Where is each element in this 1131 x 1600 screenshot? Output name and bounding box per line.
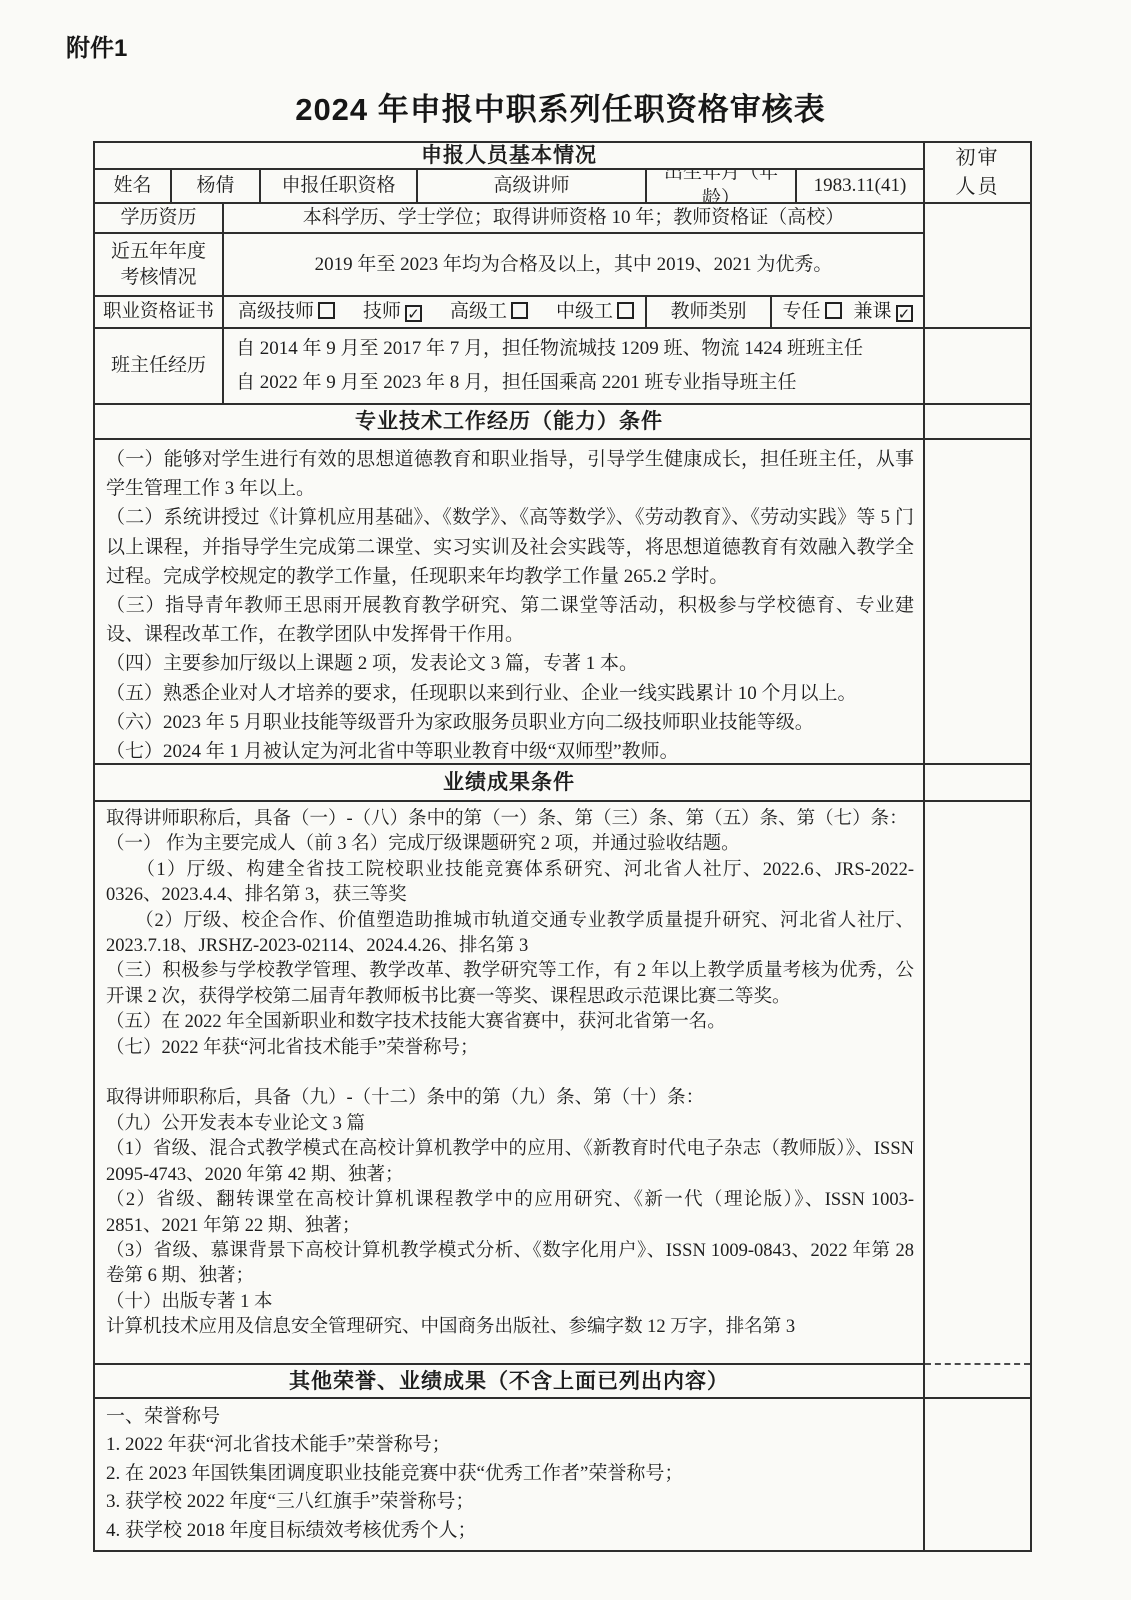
paragraph-line: 自 2022 年 9 月至 2023 年 8 月，担任国乘高 2201 班专业指… [236, 366, 911, 400]
paragraph-line: 3. 获学校 2022 年度“三八红旗手”荣誉称号； [106, 1488, 914, 1516]
attachment-label: 附件1 [66, 28, 127, 63]
checkbox-option: 高级技师 [238, 299, 335, 325]
scanned-form-page: { "colors":{"paper":"#fafaf7","ink":"#1d… [0, 0, 1131, 1600]
paragraph-line: （九）公开发表本专业论文 3 篇 [106, 1112, 914, 1137]
checkbox-unchecked-icon [825, 302, 842, 319]
paragraph-line: 取得讲师职称后，具备（一）-（八）条中的第（一）条、第（三）条、第（五）条、第（… [106, 807, 914, 832]
paragraph-line: （五）在 2022 年全国新职业和数字技术技能大赛省赛中，获河北省第一名。 [106, 1010, 914, 1035]
checkbox-option: 兼课✓ [854, 299, 913, 325]
education-label: 学历资历 [95, 204, 224, 234]
certificate-label: 职业资格证书 [95, 297, 224, 329]
checkbox-option: 技师✓ [363, 299, 422, 325]
paragraph-line: 2. 在 2023 年国铁集团调度职业技能竞赛中获“优秀工作者”荣誉称号； [106, 1460, 914, 1488]
professional-content: （一）能够对学生进行有效的思想道德教育和职业指导，引导学生健康成长，担任班主任，… [95, 440, 925, 765]
checkbox-option: 中级工 [556, 299, 634, 325]
qualification-review-table: 申报人员基本情况 初审 人员 姓名 杨倩 申报任职资格 高级讲师 出生年月（年龄… [93, 141, 1032, 1552]
reviewer-cell-homeroom [925, 329, 1030, 405]
name-label: 姓名 [95, 170, 172, 204]
paragraph-line: （一） 作为主要完成人（前 3 名）完成厅级课题研究 2 项，并通过验收结题。 [106, 832, 914, 857]
paragraph-line: （二）系统讲授过《计算机应用基础》、《数学》、《高等数学》、《劳动教育》、《劳动… [106, 503, 914, 591]
checkbox-unchecked-icon [318, 302, 335, 319]
paragraph-line: （四）主要参加厅级以上课题 2 项，发表论文 3 篇，专著 1 本。 [106, 649, 914, 678]
paragraph-line: 1. 2022 年获“河北省技术能手”荣誉称号； [106, 1431, 914, 1459]
paragraph-line: 一、荣誉称号 [106, 1403, 914, 1431]
other-content: 一、荣誉称号1. 2022 年获“河北省技术能手”荣誉称号；2. 在 2023 … [95, 1399, 925, 1550]
education-value: 本科学历、学士学位；取得讲师资格 10 年；教师资格证（高校） [224, 204, 925, 234]
reviewer-cell-achievement-header [925, 765, 1030, 802]
page-title: 2024 年申报中职系列任职资格审核表 [93, 84, 1028, 129]
paragraph-line: （2）厅级、校企合作、价值塑造助推城市轨道交通专业教学质量提升研究、河北省人社厅… [106, 909, 914, 960]
reviewer-label-line1: 初审 [956, 144, 1000, 173]
assessment-value: 2019 年至 2023 年均为合格及以上，其中 2019、2021 为优秀。 [224, 234, 925, 297]
section-header-professional: 专业技术工作经历（能力）条件 [95, 405, 925, 440]
achievement-content: 取得讲师职称后，具备（一）-（八）条中的第（一）条、第（三）条、第（五）条、第（… [95, 802, 925, 1365]
reviewer-label-line2: 人员 [956, 173, 1000, 202]
checkbox-option: 高级工 [450, 299, 528, 325]
teacher-type-checkbox-group: 专任兼课✓ [772, 297, 925, 329]
paragraph-line: （十）出版专著 1 本 [106, 1290, 914, 1315]
assessment-label: 近五年年度 考核情况 [95, 234, 224, 297]
paragraph-line: （1）厅级、构建全省技工院校职业技能竞赛体系研究、河北省人社厅、2022.6、J… [106, 858, 914, 909]
paragraph-line: （2）省级、翻转课堂在高校计算机课程教学中的应用研究、《新一代（理论版）》、IS… [106, 1188, 914, 1239]
birth-date-value: 1983.11(41) [797, 170, 925, 204]
paragraph-line: （三）积极参与学校教学管理、教学改革、教学研究等工作，有 2 年以上教学质量考核… [106, 959, 914, 1010]
applied-qualification-label: 申报任职资格 [261, 170, 418, 204]
paragraph-line: （一）能够对学生进行有效的思想道德教育和职业指导，引导学生健康成长，担任班主任，… [106, 445, 914, 503]
name-value: 杨倩 [172, 170, 261, 204]
paragraph-line: 4. 获学校 2018 年度目标绩效考核优秀个人； [106, 1517, 914, 1545]
paragraph-line: （1）省级、混合式教学模式在高校计算机教学中的应用、《新教育时代电子杂志（教师版… [106, 1137, 914, 1188]
checkbox-checked-icon: ✓ [896, 305, 913, 322]
section-header-achievement: 业绩成果条件 [95, 765, 925, 802]
paragraph-line: （六）2023 年 5 月职业技能等级晋升为家政服务员职业方向二级技师职业技能等… [106, 708, 914, 737]
paragraph-line: 取得讲师职称后，具备（九）-（十二）条中的第（九）条、第（十）条： [106, 1086, 914, 1111]
checkbox-unchecked-icon [511, 302, 528, 319]
reviewer-cell-other [925, 1399, 1030, 1550]
checkbox-checked-icon: ✓ [405, 305, 422, 322]
paragraph-line: （五）熟悉企业对人才培养的要求，任现职以来到行业、企业一线实践累计 10 个月以… [106, 679, 914, 708]
reviewer-column-header: 初审 人员 [925, 143, 1030, 204]
section-header-other: 其他荣誉、业绩成果（不含上面已列出内容） [95, 1365, 925, 1399]
paragraph-line: （七）2024 年 1 月被认定为河北省中等职业教育中级“双师型”教师。 [106, 737, 914, 765]
reviewer-cell-professional-header [925, 405, 1030, 440]
checkbox-option: 专任 [782, 299, 841, 325]
checkbox-unchecked-icon [617, 302, 634, 319]
section-header-basic-info: 申报人员基本情况 [95, 143, 925, 170]
homeroom-label: 班主任经历 [95, 329, 224, 405]
paragraph-line [106, 1061, 914, 1086]
reviewer-cell-professional [925, 440, 1030, 765]
paragraph-line: 计算机技术应用及信息安全管理研究、中国商务出版社、参编字数 12 万字，排名第 … [106, 1315, 914, 1340]
teacher-type-label: 教师类别 [647, 297, 772, 329]
reviewer-cell-other-header [925, 1365, 1030, 1399]
applied-qualification-value: 高级讲师 [418, 170, 647, 204]
paragraph-line: 自 2014 年 9 月至 2017 年 7 月，担任物流城技 1209 班、物… [236, 332, 911, 366]
reviewer-cell-basic [925, 204, 1030, 329]
paragraph-line: （三）指导青年教师王思雨开展教育教学研究、第二课堂等活动，积极参与学校德育、专业… [106, 591, 914, 649]
birth-date-label: 出生年月（年龄） [647, 170, 797, 204]
paragraph-line: （3）省级、慕课背景下高校计算机教学模式分析、《数字化用户》、ISSN 1009… [106, 1239, 914, 1290]
homeroom-value: 自 2014 年 9 月至 2017 年 7 月，担任物流城技 1209 班、物… [224, 329, 925, 405]
paragraph-line: （七）2022 年获“河北省技术能手”荣誉称号； [106, 1036, 914, 1061]
certificate-checkbox-group: 高级技师技师✓高级工中级工 [224, 297, 647, 329]
reviewer-cell-achievement [925, 802, 1030, 1365]
